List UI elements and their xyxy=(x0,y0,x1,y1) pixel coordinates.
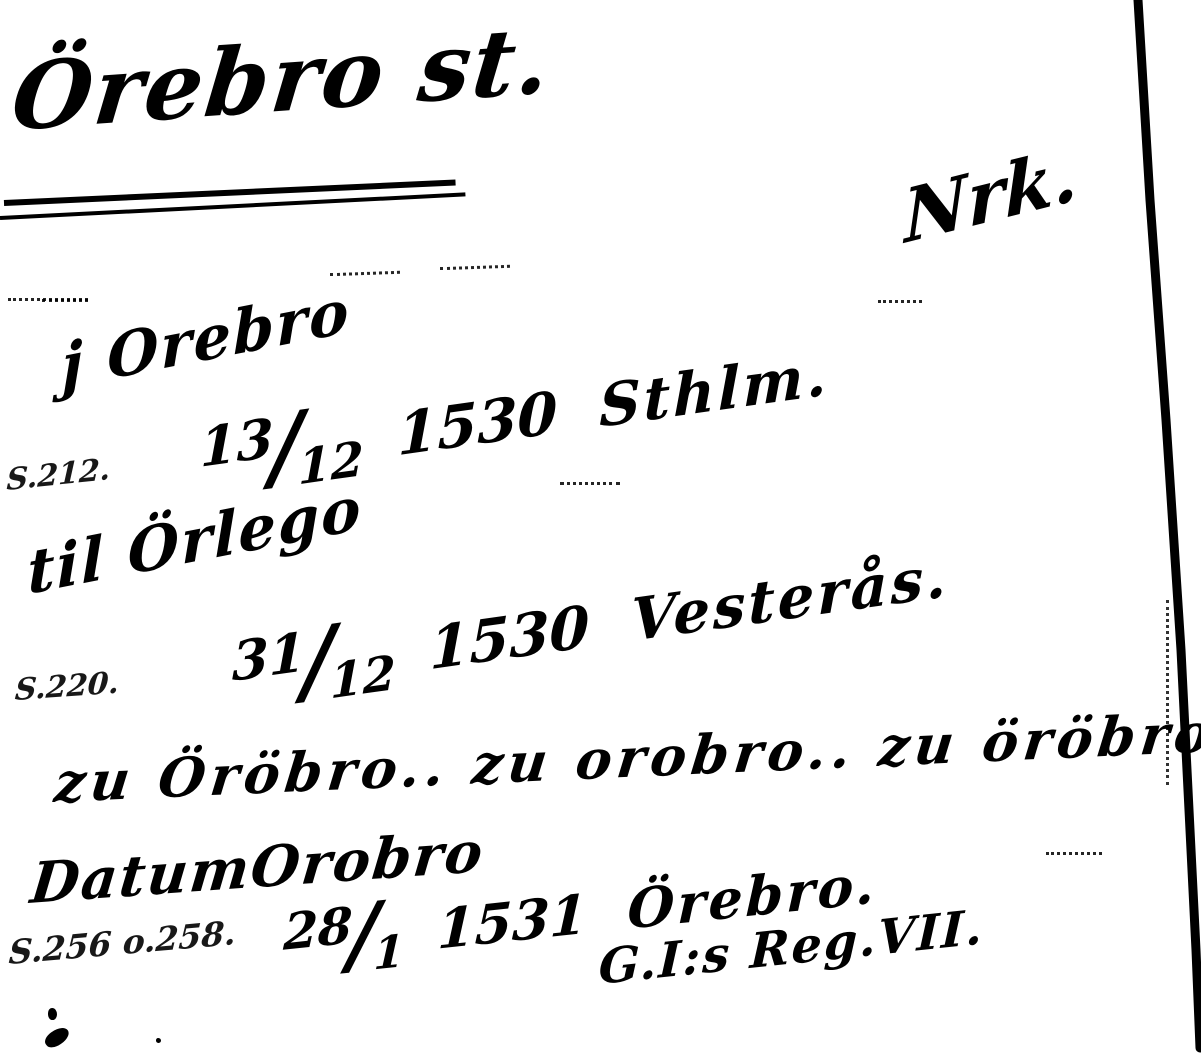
ink-speck xyxy=(156,1038,161,1043)
scanned-card: Örebro st. Nrk. j Orebro 13/12 1530 Sthl… xyxy=(0,0,1201,1063)
page-edge-line xyxy=(0,0,1201,1063)
ink-speck xyxy=(48,1008,57,1020)
